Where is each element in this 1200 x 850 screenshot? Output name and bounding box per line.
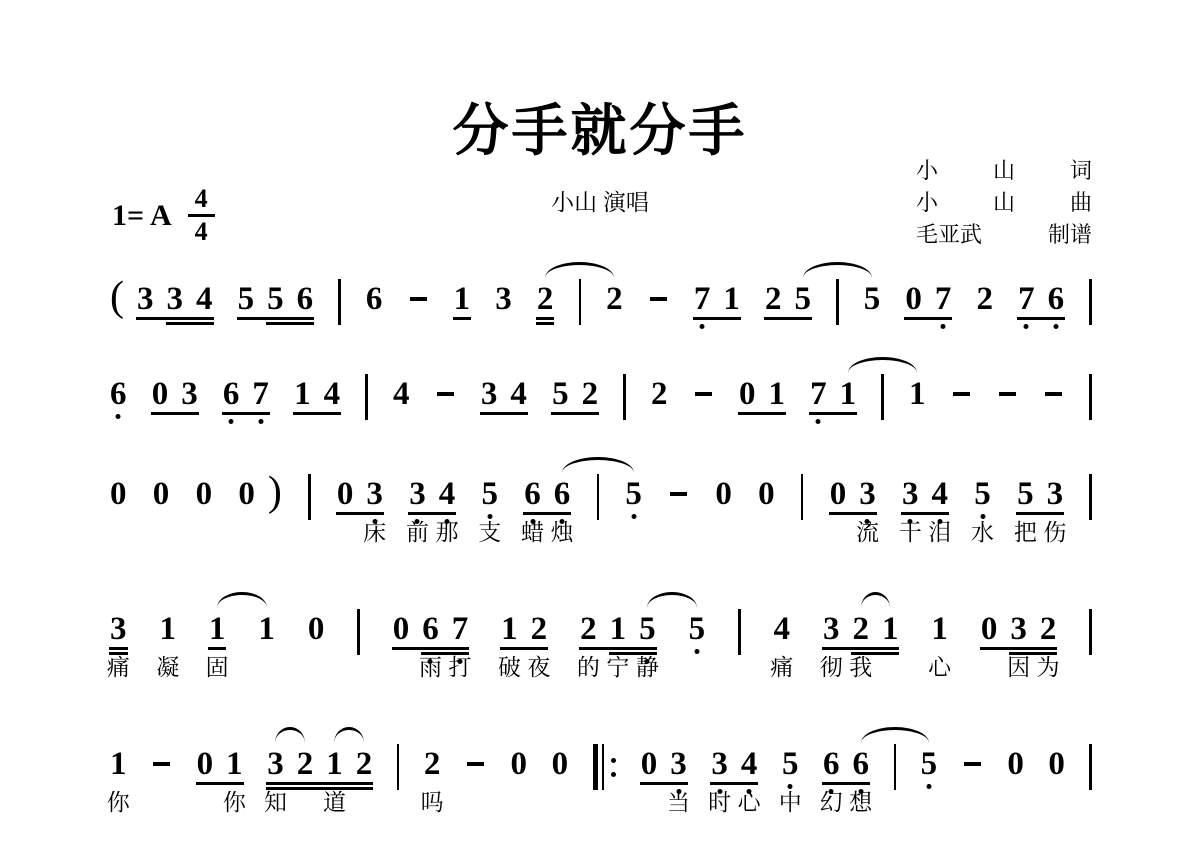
note-group: 067 xyxy=(393,613,469,646)
credit-part: 词 xyxy=(1070,155,1092,187)
beam-line xyxy=(822,782,870,785)
note-group: 03 xyxy=(337,478,383,511)
lyric-syllable: 伤 xyxy=(1043,519,1066,547)
note-group: 01 xyxy=(197,748,243,781)
lyric-syllable: 支 xyxy=(478,519,501,547)
note: 0 xyxy=(641,748,658,781)
octave-dot xyxy=(816,419,821,424)
score-line: 603671443452201711 xyxy=(110,373,1092,415)
beam-line xyxy=(822,647,900,650)
octave-dot xyxy=(1053,324,1058,329)
lyric-syllable: 心 xyxy=(928,654,951,682)
beam-line xyxy=(693,317,741,320)
beam-line xyxy=(980,647,1058,650)
beam-line xyxy=(551,412,599,415)
lyric-syllable: 把 xyxy=(1014,519,1037,547)
octave-dot xyxy=(229,419,234,424)
note-group: 34 xyxy=(409,478,455,511)
note: 6 xyxy=(823,748,840,781)
beam-line xyxy=(336,512,384,515)
note: 6 xyxy=(422,613,439,646)
repeat-thin-bar xyxy=(602,744,605,790)
barline xyxy=(1089,474,1092,520)
barline xyxy=(308,474,311,520)
barline xyxy=(597,474,600,520)
beam-line xyxy=(500,647,548,650)
slur-arc xyxy=(803,262,872,278)
note: 1 xyxy=(840,378,857,411)
beam-line xyxy=(266,782,373,785)
parenthesis: ( xyxy=(110,276,124,318)
song-title: 分手就分手 xyxy=(0,104,1200,160)
note: 4 xyxy=(439,478,456,511)
note: 5 xyxy=(481,478,498,511)
note: 0 xyxy=(905,283,922,316)
note: 6 xyxy=(223,378,240,411)
note: 1 xyxy=(454,283,471,316)
note-group: 15 xyxy=(610,613,656,646)
lyric-syllable: 夜 xyxy=(527,654,550,682)
note-group: 71 xyxy=(810,378,856,411)
barline xyxy=(801,474,804,520)
note: 3 xyxy=(670,748,687,781)
note: 7 xyxy=(1018,283,1035,316)
beam-line xyxy=(904,317,952,320)
slur-arc xyxy=(334,727,364,743)
octave-dot xyxy=(926,784,931,789)
note: 6 xyxy=(524,478,541,511)
note: 1 xyxy=(159,613,176,646)
note: 0 xyxy=(110,478,127,511)
note: 5 xyxy=(974,478,991,511)
score-line: 0000)03345665000334553床前那支蜡烛流干泪水把伤 xyxy=(110,473,1092,515)
barline xyxy=(1089,609,1092,655)
note: 0 xyxy=(153,478,170,511)
note-group: 14 xyxy=(294,378,340,411)
note: 0 xyxy=(1007,748,1024,781)
note: 5 xyxy=(639,613,656,646)
note: 3 xyxy=(137,283,154,316)
slur-arc xyxy=(861,727,929,743)
note: 2 xyxy=(852,613,869,646)
note: 6 xyxy=(853,748,870,781)
note: 3 xyxy=(902,478,919,511)
octave-dot xyxy=(258,419,263,424)
note-group: 2 xyxy=(537,283,554,316)
note: 0 xyxy=(393,613,410,646)
lyric-syllable: 知 xyxy=(264,789,287,817)
note: 3 xyxy=(823,613,840,646)
barline xyxy=(623,374,626,420)
note-group: 07 xyxy=(905,283,951,316)
lyric-syllable: 痛 xyxy=(107,654,130,682)
credit-part: 小 xyxy=(916,187,938,219)
note: 5 xyxy=(267,283,284,316)
lyric-syllable: 彻 xyxy=(820,654,843,682)
slur-arc xyxy=(562,457,634,473)
beam-line xyxy=(453,317,472,320)
credit-part: 毛亚武 xyxy=(916,219,982,251)
note: 3 xyxy=(110,613,127,646)
note: 5 xyxy=(782,748,799,781)
note: 7 xyxy=(935,283,952,316)
note-group: 76 xyxy=(1018,283,1064,316)
duration-dash xyxy=(1045,392,1062,396)
credit-part: 山 xyxy=(993,187,1015,219)
parenthesis: ) xyxy=(268,471,282,513)
notes-row: (334556613227125507276 xyxy=(110,278,1092,320)
note: 1 xyxy=(723,283,740,316)
note: 1 xyxy=(326,748,343,781)
note-group: 03 xyxy=(830,478,876,511)
barline xyxy=(836,279,839,325)
lyric-syllable: 破 xyxy=(498,654,521,682)
note-group: 67 xyxy=(223,378,269,411)
note-group: 32 xyxy=(1010,613,1056,646)
note: 2 xyxy=(1040,613,1057,646)
repeat-dot xyxy=(611,772,616,777)
note: 1 xyxy=(294,378,311,411)
note: 6 xyxy=(1048,283,1065,316)
slur-arc xyxy=(275,727,305,743)
notes-row: 603671443452201711 xyxy=(110,373,1092,415)
note: 1 xyxy=(209,613,226,646)
note: 4 xyxy=(773,613,790,646)
barline xyxy=(738,609,741,655)
notes-row: 10132122000334566500 xyxy=(110,743,1092,785)
lyric-syllable: 你 xyxy=(223,789,246,817)
note: 3 xyxy=(366,478,383,511)
octave-dot xyxy=(631,514,636,519)
score-line: 3111006712215543211032痛凝固雨打破夜的宁静痛彻我心因为 xyxy=(110,608,1092,650)
note: 3 xyxy=(859,478,876,511)
duration-dash xyxy=(670,492,687,496)
credit-part: 小 xyxy=(916,155,938,187)
beam-line xyxy=(536,322,555,325)
octave-dot xyxy=(694,649,699,654)
beam-line xyxy=(237,317,315,320)
beam-line xyxy=(710,782,758,785)
credit-row: 小山曲 xyxy=(916,187,1092,219)
note-group: 3212 xyxy=(267,748,372,781)
note: 0 xyxy=(337,478,354,511)
credit-row: 小山词 xyxy=(916,155,1092,187)
note: 4 xyxy=(324,378,341,411)
note: 4 xyxy=(932,478,949,511)
slur-arc xyxy=(861,592,891,608)
lyric-syllable: 凝 xyxy=(156,654,179,682)
beam-line xyxy=(222,412,270,415)
note: 1 xyxy=(226,748,243,781)
beam-line xyxy=(764,317,812,320)
note: 2 xyxy=(531,613,548,646)
note: 5 xyxy=(238,283,255,316)
beam-line xyxy=(109,647,128,650)
lyric-syllable: 中 xyxy=(779,789,802,817)
note: 2 xyxy=(537,283,554,316)
beam-line xyxy=(1016,512,1064,515)
note-group: 1 xyxy=(454,283,471,316)
duration-dash xyxy=(953,392,970,396)
sheet-music-page: 分手就分手 小山 演唱 1= A 4 4 小山词小山曲毛亚武制谱 (334556… xyxy=(0,0,1200,850)
note: 5 xyxy=(921,748,938,781)
note-group: 556 xyxy=(238,283,314,316)
note-group: 34 xyxy=(711,748,757,781)
repeat-dots xyxy=(611,758,616,777)
note: 6 xyxy=(554,478,571,511)
note: 2 xyxy=(424,748,441,781)
notes-row: 3111006712215543211032 xyxy=(110,608,1092,650)
note-group: 321 xyxy=(823,613,899,646)
lyric-syllable: 幻 xyxy=(820,789,843,817)
note: 0 xyxy=(830,478,847,511)
repeat-begin-sign xyxy=(593,744,617,790)
note: 3 xyxy=(409,478,426,511)
note: 5 xyxy=(864,283,881,316)
note: 6 xyxy=(366,283,383,316)
credits: 小山词小山曲毛亚武制谱 xyxy=(916,155,1092,251)
note-group: 34 xyxy=(902,478,948,511)
barline xyxy=(1089,279,1092,325)
note: 3 xyxy=(711,748,728,781)
note-group: 03 xyxy=(641,748,687,781)
lyric-syllable: 想 xyxy=(849,789,872,817)
lyric-syllable: 道 xyxy=(323,789,346,817)
note: 0 xyxy=(308,613,325,646)
note-group: 03 xyxy=(152,378,198,411)
time-signature: 4 4 xyxy=(188,186,215,245)
beam-line xyxy=(151,412,199,415)
lyric-syllable: 你 xyxy=(107,789,130,817)
lyric-syllable: 宁 xyxy=(606,654,629,682)
note: 4 xyxy=(510,378,527,411)
lyric-syllable: 当 xyxy=(667,789,690,817)
duration-dash xyxy=(999,392,1016,396)
note: 2 xyxy=(977,283,994,316)
duration-dash xyxy=(964,762,981,766)
duration-dash xyxy=(695,392,712,396)
key-time-block: 1= A 4 4 xyxy=(112,186,215,245)
octave-dot xyxy=(941,324,946,329)
lyric-syllable: 痛 xyxy=(770,654,793,682)
note-group: 12 xyxy=(501,613,547,646)
note: 6 xyxy=(297,283,314,316)
credit-row: 毛亚武制谱 xyxy=(916,219,1092,251)
note: 0 xyxy=(739,378,756,411)
beam-line xyxy=(901,512,949,515)
note: 1 xyxy=(110,748,127,781)
score: (334556613227125507276603671443452201711… xyxy=(110,278,1092,785)
note-group: 66 xyxy=(524,478,570,511)
duration-dash xyxy=(410,297,427,301)
lyric-syllable: 固 xyxy=(206,654,229,682)
note-group: 71 xyxy=(694,283,740,316)
note-group: 53 xyxy=(1017,478,1063,511)
beam-line xyxy=(208,647,227,650)
note: 2 xyxy=(651,378,668,411)
lyric-syllable: 为 xyxy=(1037,654,1060,682)
lyric-syllable: 因 xyxy=(1007,654,1030,682)
lyric-syllable: 床 xyxy=(363,519,386,547)
duration-dash xyxy=(437,392,454,396)
slur-arc xyxy=(545,262,614,278)
beam-line xyxy=(536,317,555,320)
note: 4 xyxy=(393,378,410,411)
note: 2 xyxy=(580,613,597,646)
note: 0 xyxy=(758,478,775,511)
duration-dash xyxy=(650,297,667,301)
beam-line xyxy=(738,412,786,415)
note-group: 56 xyxy=(267,283,313,316)
barline xyxy=(1089,744,1092,790)
repeat-dot xyxy=(611,758,616,763)
score-line: (334556613227125507276 xyxy=(110,278,1092,320)
lyric-syllable: 流 xyxy=(856,519,879,547)
lyric-syllable: 烛 xyxy=(551,519,574,547)
note: 1 xyxy=(501,613,518,646)
barline xyxy=(1089,374,1092,420)
lyric-syllable: 打 xyxy=(448,654,471,682)
barline xyxy=(338,279,341,325)
note: 0 xyxy=(238,478,255,511)
octave-dot xyxy=(700,324,705,329)
note: 1 xyxy=(610,613,627,646)
note: 1 xyxy=(258,613,275,646)
note: 3 xyxy=(167,283,184,316)
note-group: 67 xyxy=(422,613,468,646)
lyric-syllable: 蜡 xyxy=(521,519,544,547)
note: 0 xyxy=(715,478,732,511)
note: 5 xyxy=(552,378,569,411)
note: 1 xyxy=(882,613,899,646)
beam-line xyxy=(809,412,857,415)
notes-row: 0000)03345665000334553 xyxy=(110,473,1092,515)
note: 5 xyxy=(1017,478,1034,511)
note-group: (334 xyxy=(110,278,213,320)
barline xyxy=(894,744,897,790)
duration-dash xyxy=(153,762,170,766)
lyric-syllable: 那 xyxy=(435,519,458,547)
note-group: 334 xyxy=(137,283,213,316)
note: 4 xyxy=(196,283,213,316)
lyric-syllable: 的 xyxy=(577,654,600,682)
beam-line xyxy=(579,647,657,650)
credit-part: 曲 xyxy=(1070,187,1092,219)
note: 2 xyxy=(297,748,314,781)
note-group: 032 xyxy=(981,613,1057,646)
note-group: 3 xyxy=(110,613,127,646)
note: 5 xyxy=(625,478,642,511)
note: 0 xyxy=(152,378,169,411)
lyric-syllable: 水 xyxy=(971,519,994,547)
note-group: 215 xyxy=(580,613,656,646)
note: 0 xyxy=(552,748,569,781)
note: 0 xyxy=(197,748,214,781)
lyric-syllable: 吗 xyxy=(421,789,444,817)
key-signature: 1= A xyxy=(112,199,172,233)
beam-line xyxy=(136,317,214,320)
octave-dot xyxy=(116,414,121,419)
beam-line xyxy=(408,512,456,515)
barline xyxy=(357,609,360,655)
note: 3 xyxy=(495,283,512,316)
octave-dot xyxy=(980,514,985,519)
note: 5 xyxy=(795,283,812,316)
note-group: 0) xyxy=(238,473,282,515)
note-group: 25 xyxy=(765,283,811,316)
octave-dot xyxy=(1024,324,1029,329)
note: 2 xyxy=(356,748,373,781)
note: 3 xyxy=(181,378,198,411)
note: 3 xyxy=(1047,478,1064,511)
note: 7 xyxy=(252,378,269,411)
note: 3 xyxy=(481,378,498,411)
beam-line xyxy=(640,782,688,785)
credit-part: 制谱 xyxy=(1048,219,1092,251)
note: 1 xyxy=(768,378,785,411)
beam-line xyxy=(266,322,314,325)
lyric-syllable: 静 xyxy=(636,654,659,682)
barline xyxy=(881,374,884,420)
barline xyxy=(365,374,368,420)
note: 0 xyxy=(196,478,213,511)
lyric-syllable: 前 xyxy=(406,519,429,547)
octave-dot xyxy=(788,784,793,789)
note-group: 52 xyxy=(552,378,598,411)
lyric-syllable: 干 xyxy=(899,519,922,547)
credit-part: 山 xyxy=(993,155,1015,187)
beam-line xyxy=(829,512,877,515)
time-signature-denominator: 4 xyxy=(195,219,208,245)
slur-arc xyxy=(647,592,696,608)
beam-line xyxy=(392,647,470,650)
barline xyxy=(579,279,582,325)
note: 1 xyxy=(909,378,926,411)
note: 7 xyxy=(810,378,827,411)
repeat-thick-bar xyxy=(593,744,598,790)
slur-arc xyxy=(848,357,917,373)
lyric-syllable: 雨 xyxy=(419,654,442,682)
note-group: 66 xyxy=(823,748,869,781)
beam-line xyxy=(166,322,214,325)
barline xyxy=(397,744,400,790)
lyric-syllable: 我 xyxy=(849,654,872,682)
beam-line xyxy=(523,512,571,515)
note-group: 34 xyxy=(481,378,527,411)
beam-line xyxy=(196,782,244,785)
note: 7 xyxy=(452,613,469,646)
score-line: 10132122000334566500你你知道吗当时心中幻想 xyxy=(110,743,1092,785)
time-signature-numerator: 4 xyxy=(195,186,208,212)
note: 3 xyxy=(1010,613,1027,646)
beam-line xyxy=(1017,317,1065,320)
note-group: 01 xyxy=(739,378,785,411)
lyric-syllable: 泪 xyxy=(928,519,951,547)
lyric-syllable: 时 xyxy=(708,789,731,817)
octave-dot xyxy=(487,514,492,519)
note: 5 xyxy=(689,613,706,646)
beam-line xyxy=(480,412,528,415)
note: 4 xyxy=(741,748,758,781)
note: 2 xyxy=(765,283,782,316)
note: 0 xyxy=(1048,748,1065,781)
note: 0 xyxy=(981,613,998,646)
note: 2 xyxy=(606,283,623,316)
duration-dash xyxy=(467,762,484,766)
note: 1 xyxy=(931,613,948,646)
note-group: 34 xyxy=(167,283,213,316)
beam-line xyxy=(293,412,341,415)
